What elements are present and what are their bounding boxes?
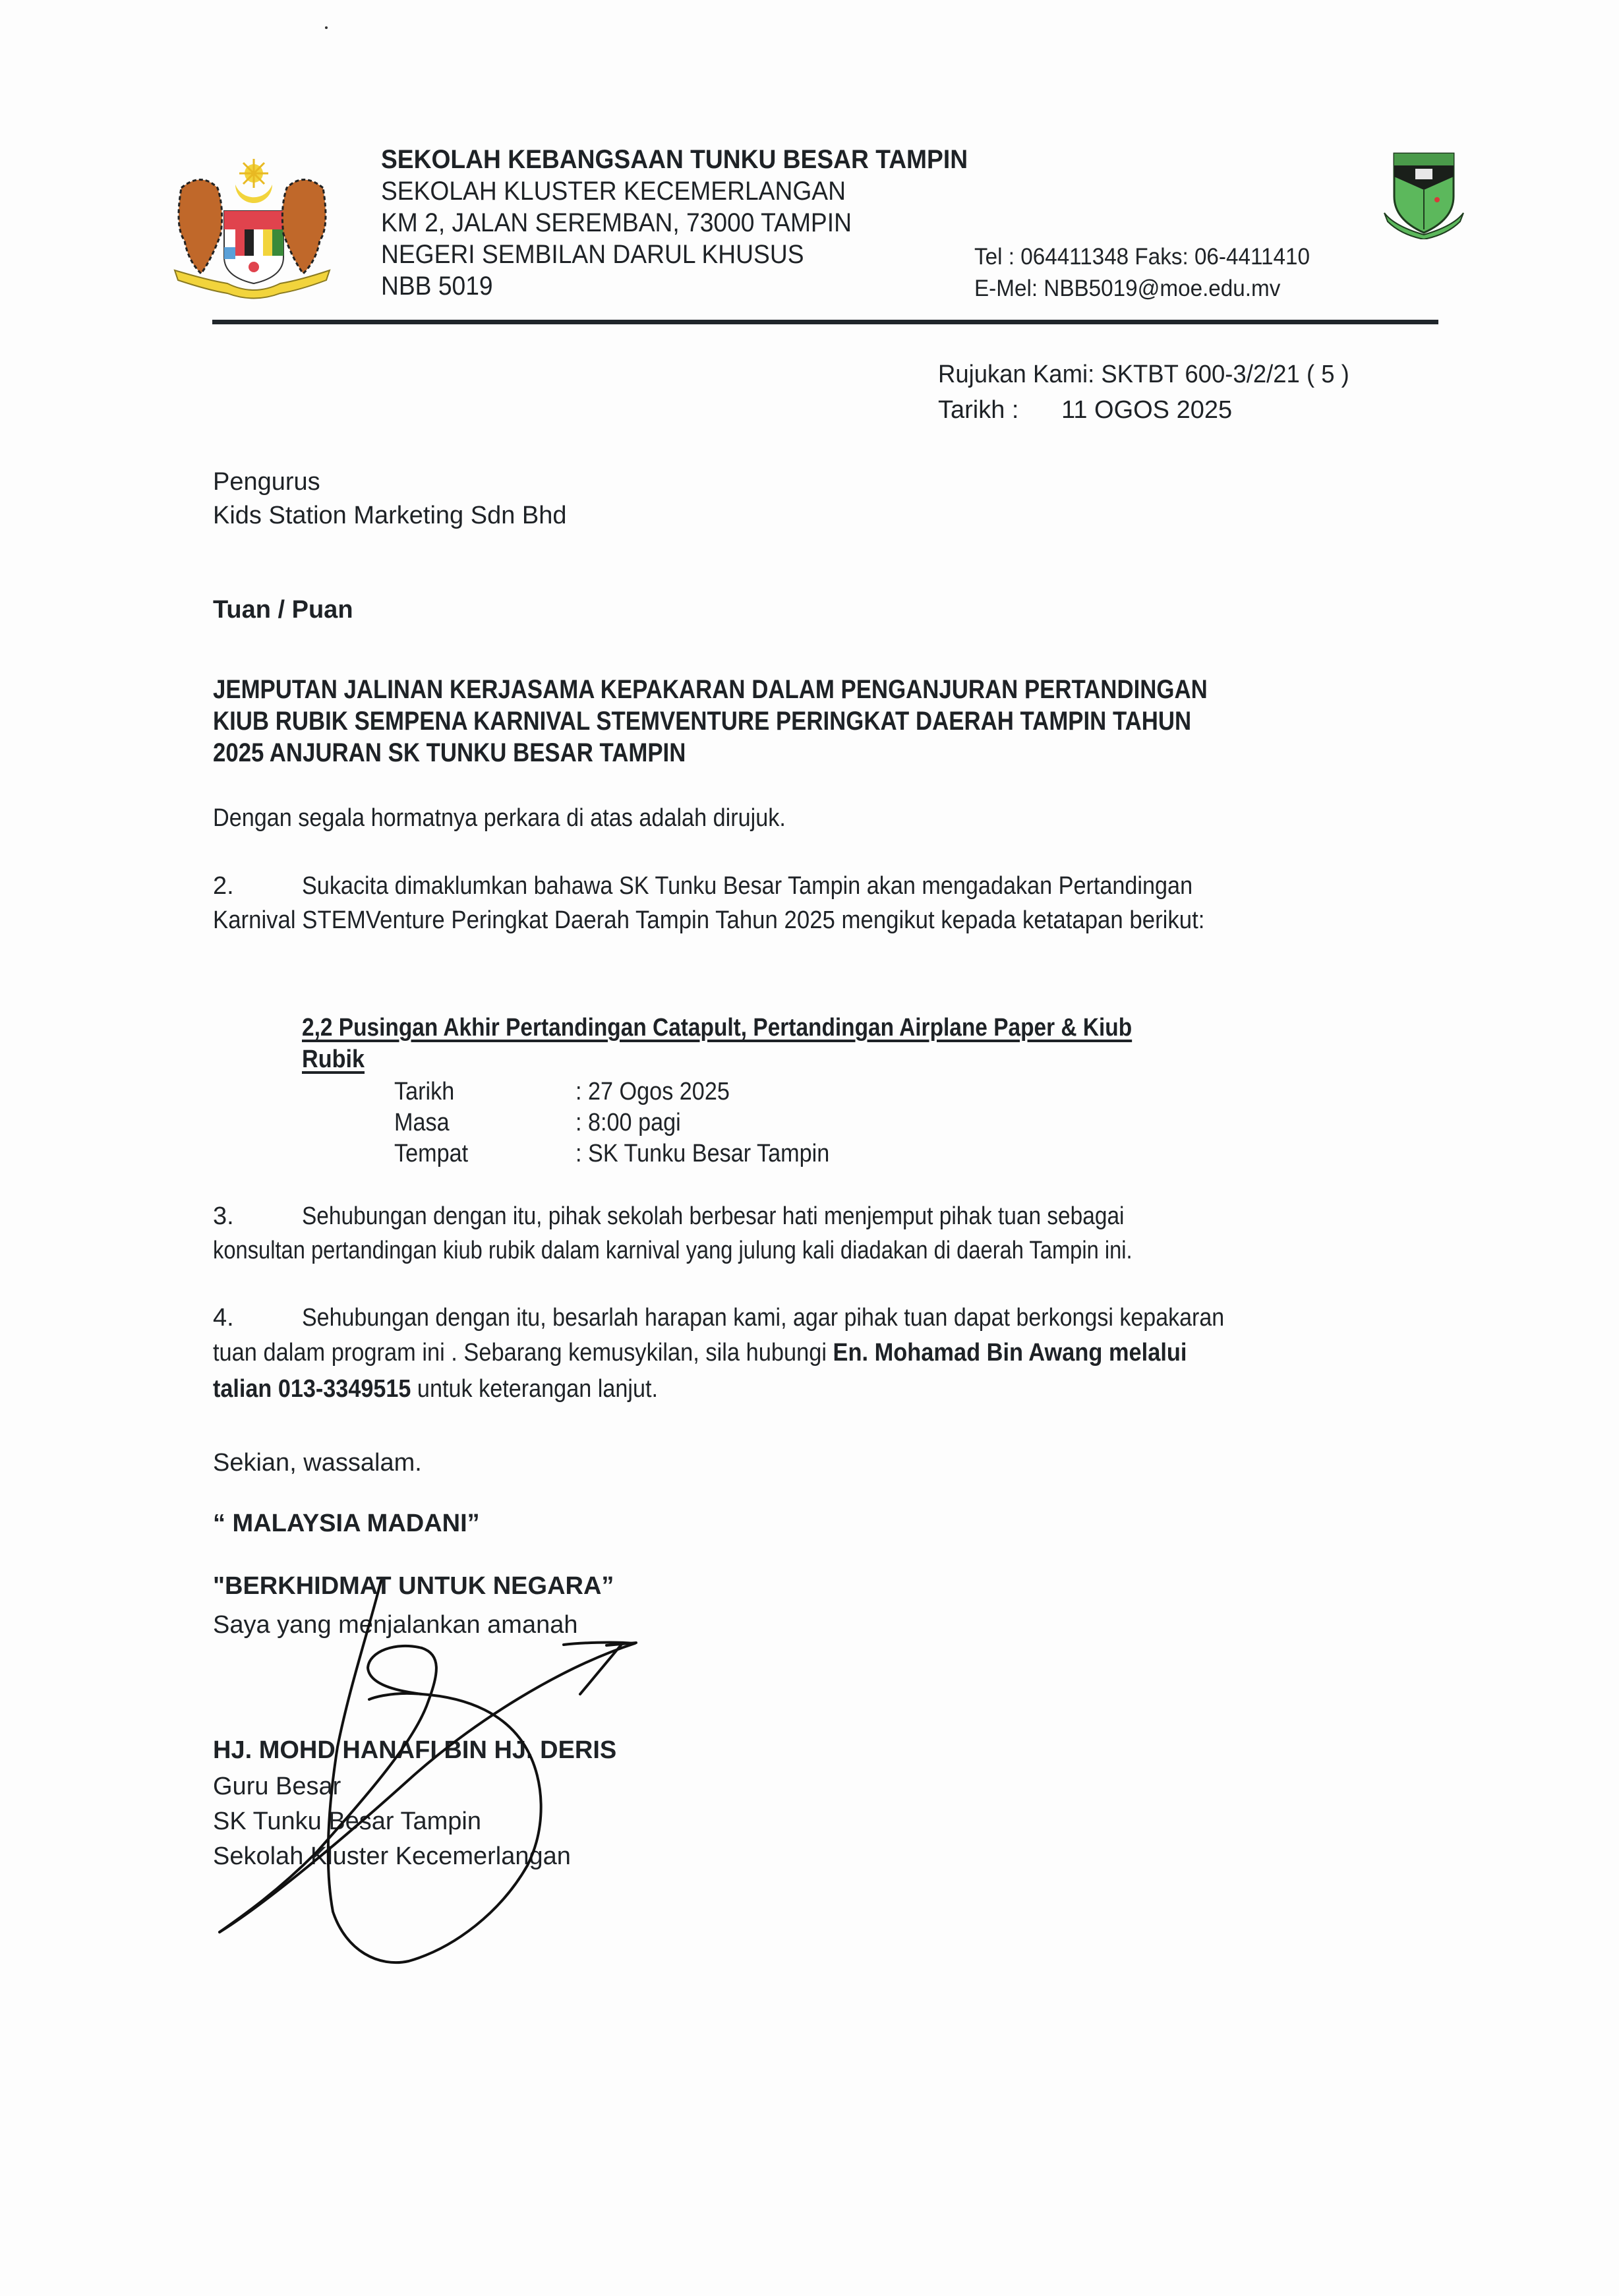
para-4-line-1: Sehubungan dengan itu, besarlah harapan … bbox=[302, 1305, 1224, 1330]
event-date-label: Tarikh bbox=[394, 1079, 454, 1104]
opening-line: Dengan segala hormatnya perkara di atas … bbox=[213, 806, 786, 831]
recipient-title: Pengurus bbox=[213, 469, 320, 494]
signatory-position: Guru Besar bbox=[213, 1774, 341, 1799]
signatory-name: HJ. MOHD HANAFI BIN HJ. DERIS bbox=[213, 1738, 616, 1763]
letter-date-label: Tarikh : bbox=[938, 397, 1018, 423]
para-4-line-2: tuan dalam program ini . Sebarang kemusy… bbox=[213, 1340, 1187, 1365]
address-line-1: KM 2, JALAN SEREMBAN, 73000 TAMPIN bbox=[381, 210, 852, 236]
school-code: NBB 5019 bbox=[381, 273, 493, 299]
motto-berkhidmat: "BERKHIDMAT UNTUK NEGARA” bbox=[213, 1574, 614, 1599]
contact-phone: talian 013-3349515 bbox=[213, 1375, 411, 1403]
para-4-line-3: talian 013-3349515 untuk keterangan lanj… bbox=[213, 1376, 658, 1401]
motto-madani: “ MALAYSIA MADANI” bbox=[213, 1511, 480, 1536]
event-heading-line-1: 2,2 Pusingan Akhir Pertandingan Catapult… bbox=[302, 1015, 1132, 1040]
event-date-value: : 27 Ogos 2025 bbox=[575, 1079, 730, 1104]
event-heading-line-2: Rubik bbox=[302, 1047, 365, 1072]
para-3-line-1: Sehubungan dengan itu, pihak sekolah ber… bbox=[302, 1204, 1124, 1229]
subject-line-1: JEMPUTAN JALINAN KERJASAMA KEPAKARAN DAL… bbox=[213, 676, 1208, 703]
signatory-school: SK Tunku Besar Tampin bbox=[213, 1809, 481, 1834]
letter-date: 11 OGOS 2025 bbox=[1061, 397, 1232, 423]
para-3-line-2: konsultan pertandingan kiub rubik dalam … bbox=[213, 1238, 1133, 1263]
event-venue-value: : SK Tunku Besar Tampin bbox=[575, 1141, 829, 1166]
para-4-number: 4. bbox=[213, 1305, 234, 1330]
address-line-2: NEGERI SEMBILAN DARUL KHUSUS bbox=[381, 241, 804, 268]
para-2-number: 2. bbox=[213, 873, 234, 898]
contact-person: En. Mohamad Bin Awang melalui bbox=[833, 1339, 1187, 1367]
tel-fax: Tel : 064411348 Faks: 06-4411410 bbox=[974, 245, 1310, 268]
coat-of-arms-logo bbox=[162, 148, 343, 300]
event-time-value: : 8:00 pagi bbox=[575, 1110, 681, 1135]
para-2-line-1: Sukacita dimaklumkan bahawa SK Tunku Bes… bbox=[302, 873, 1192, 898]
para-4-line-3-text: untuk keterangan lanjut. bbox=[411, 1375, 658, 1403]
school-name: SEKOLAH KEBANGSAAN TUNKU BESAR TAMPIN bbox=[381, 146, 968, 173]
para-2-line-2: Karnival STEMVenture Peringkat Daerah Ta… bbox=[213, 908, 1204, 933]
letterhead-divider bbox=[212, 320, 1438, 324]
reference-number: Rujukan Kami: SKTBT 600-3/2/21 ( 5 ) bbox=[938, 362, 1349, 387]
salutation: Tuan / Puan bbox=[213, 597, 353, 622]
para-3-number: 3. bbox=[213, 1204, 234, 1229]
school-crest-logo bbox=[1381, 150, 1467, 239]
signatory-cluster: Sekolah Kluster Kecemerlangan bbox=[213, 1844, 571, 1869]
para-4-line-2-text: tuan dalam program ini . Sebarang kemusy… bbox=[213, 1339, 833, 1367]
subject-line-2: KIUB RUBIK SEMPENA KARNIVAL STEMVENTURE … bbox=[213, 708, 1191, 734]
closing-greeting: Sekian, wassalam. bbox=[213, 1450, 422, 1475]
event-venue-label: Tempat bbox=[394, 1141, 468, 1166]
school-cluster: SEKOLAH KLUSTER KECEMERLANGAN bbox=[381, 178, 846, 204]
scan-speck bbox=[325, 26, 328, 29]
trust-line: Saya yang menjalankan amanah bbox=[213, 1612, 578, 1637]
event-time-label: Masa bbox=[394, 1110, 450, 1135]
email: E-Mel: NBB5019@moe.edu.mv bbox=[974, 277, 1280, 300]
recipient-company: Kids Station Marketing Sdn Bhd bbox=[213, 503, 567, 528]
subject-line-3: 2025 ANJURAN SK TUNKU BESAR TAMPIN bbox=[213, 740, 686, 766]
